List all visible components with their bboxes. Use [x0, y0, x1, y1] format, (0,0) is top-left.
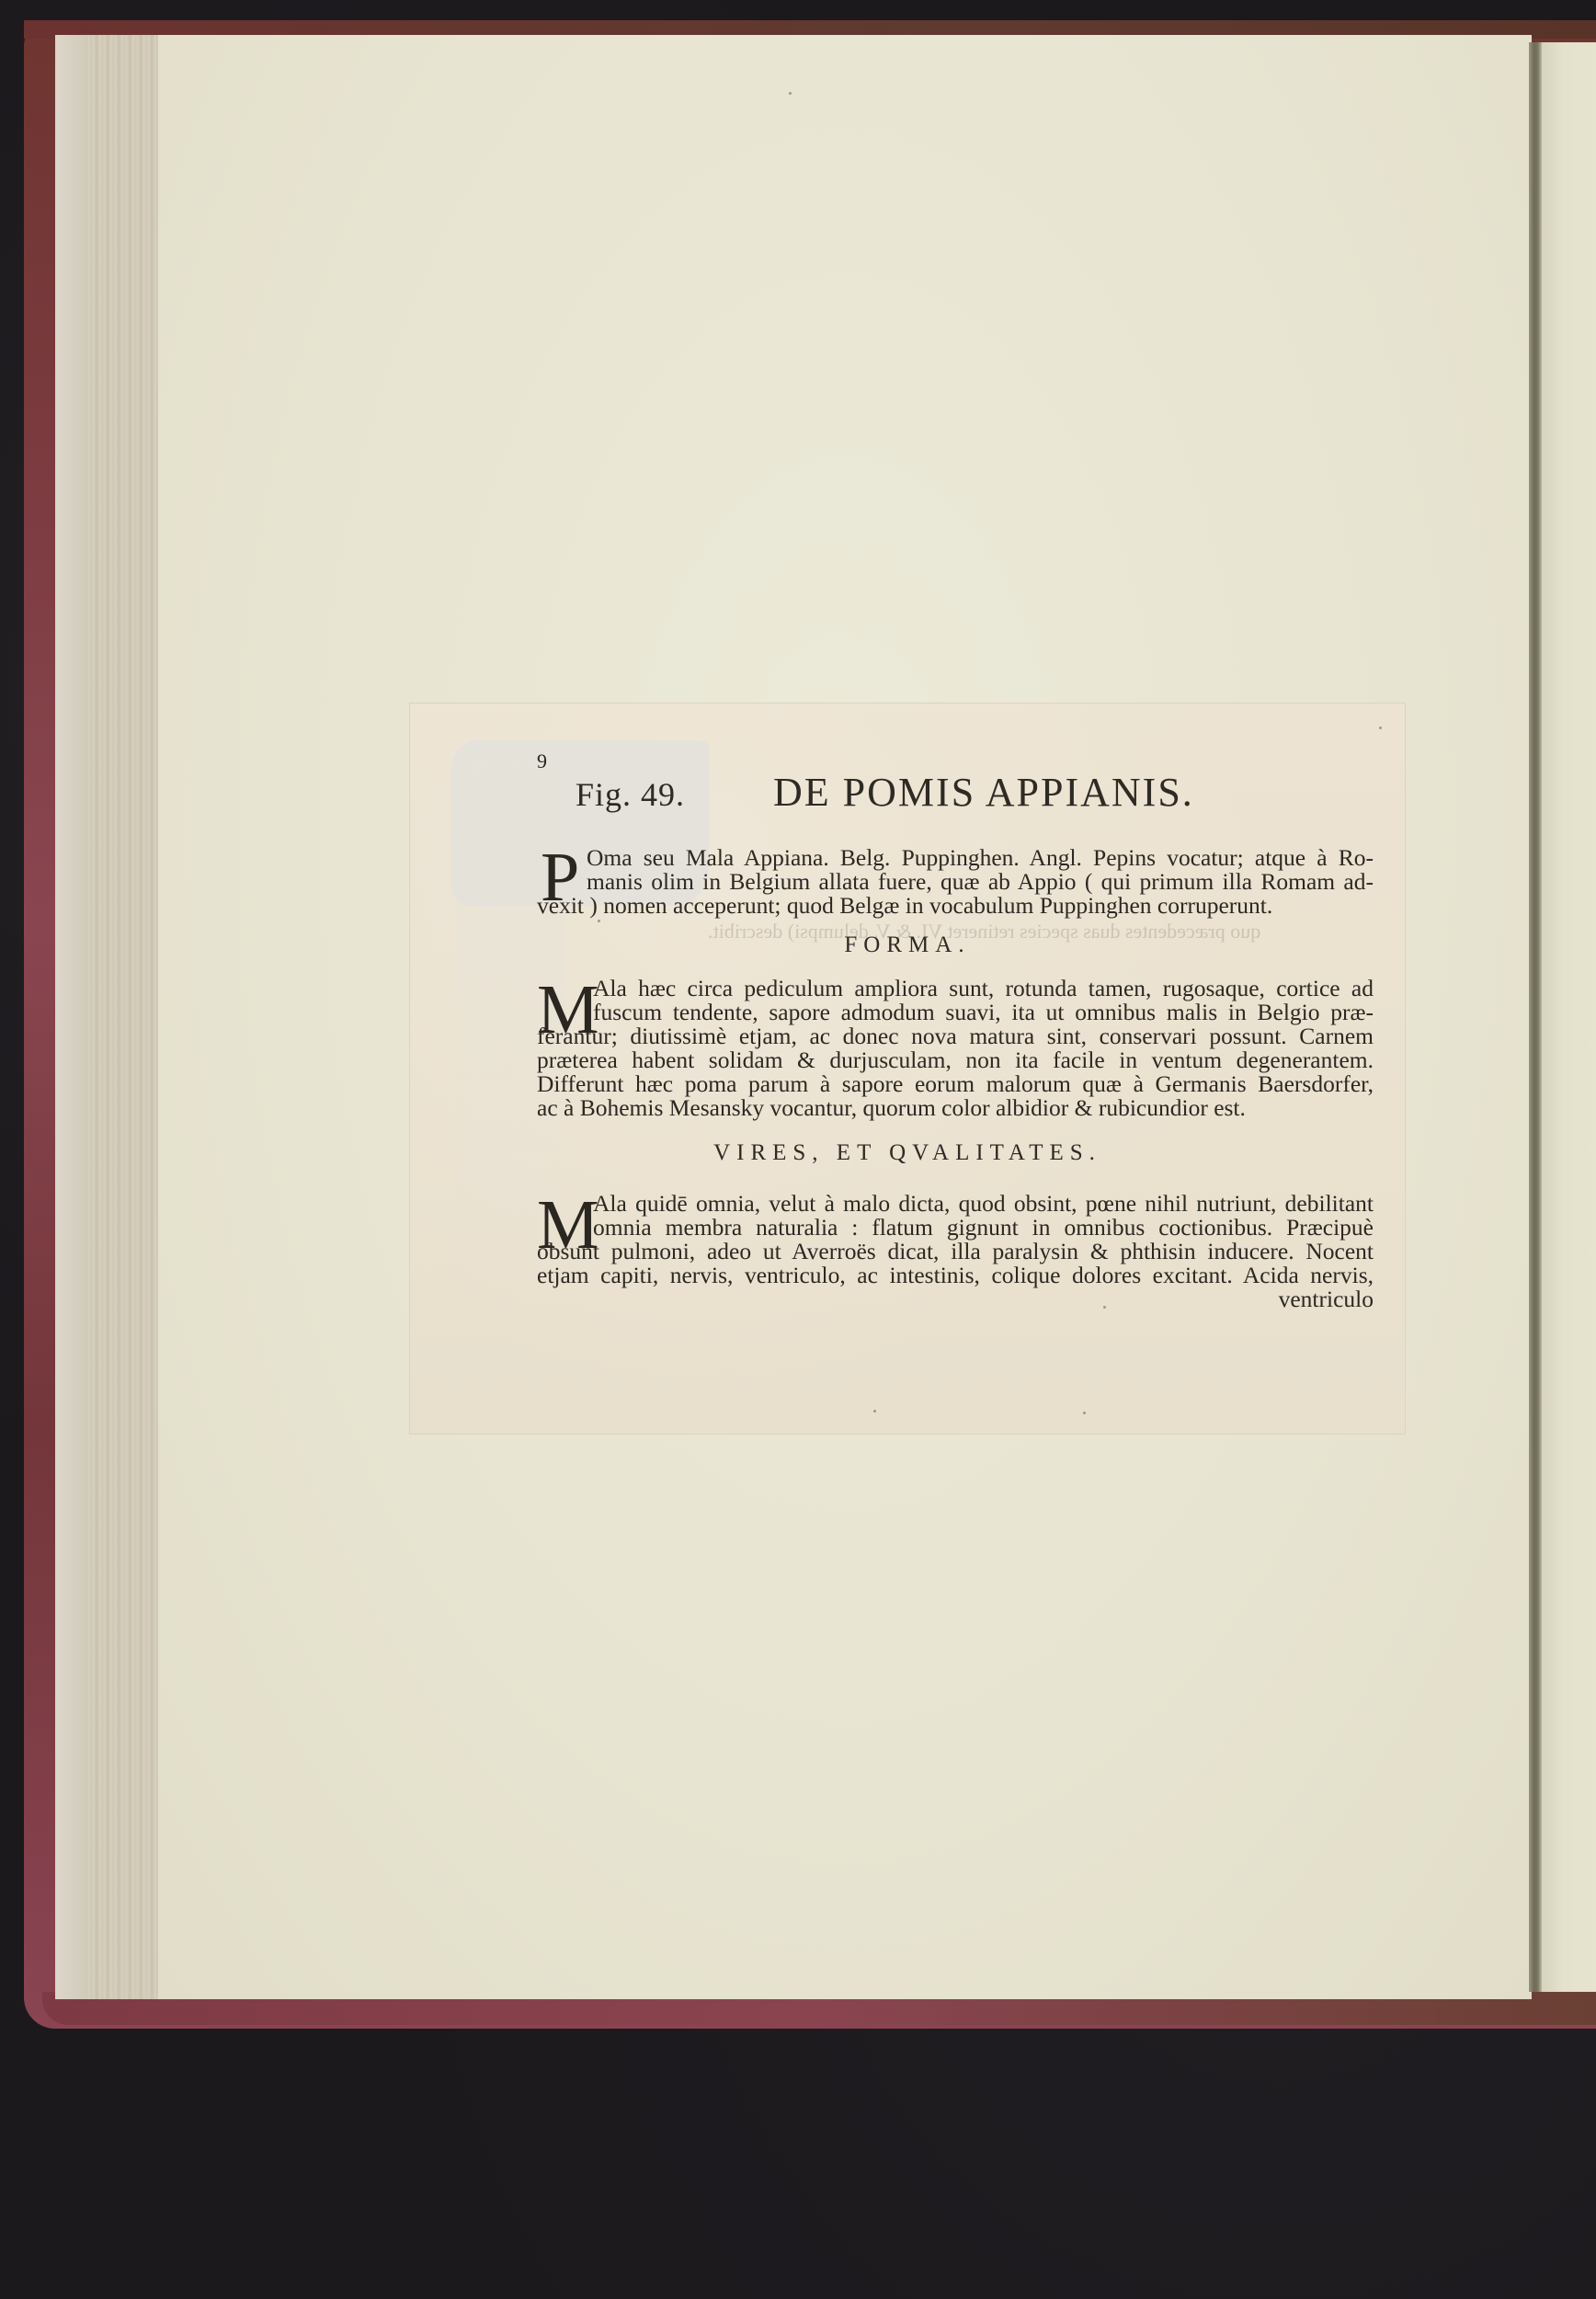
intro-line-3: vexit ) nomen acceperunt; quod Belgæ in …	[537, 894, 1374, 918]
intro-line-1: Oma seu Mala Appiana. Belg. Puppinghen. …	[587, 846, 1374, 870]
figure-label: Fig. 49.	[576, 775, 685, 814]
section-heading-forma: FORMA.	[410, 932, 1405, 958]
page-block-fore-edge	[55, 35, 160, 1999]
catchword: ventriculo	[537, 1287, 1374, 1311]
title-row: Fig. 49. DE POMIS APPIANIS.	[576, 769, 1385, 816]
forma-line-1: Ala hæc circa pediculum ampliora sunt, r…	[593, 977, 1374, 1001]
vires-paragraph-bottom: obsunt pulmoni, adeo ut Averroës dicat, …	[537, 1240, 1374, 1311]
book-gutter	[1529, 42, 1542, 1992]
forma-line-6: ac à Bohemis Mesansky vocantur, quorum c…	[537, 1096, 1374, 1120]
forma-line-2: fuscum tendente, sapore admodum suavi, i…	[593, 1001, 1374, 1024]
vires-paragraph-top: Ala quidē omnia, velut à malo dicta, quo…	[593, 1192, 1374, 1240]
section-heading-vires: VIRES, ET QVALITATES.	[410, 1140, 1405, 1166]
page-block-edge-inner	[55, 35, 88, 1999]
page-title: DE POMIS APPIANIS.	[773, 769, 1194, 816]
page-number: 9	[537, 749, 547, 773]
forma-line-4: præterea habent solidam & durjusculam, n…	[537, 1048, 1374, 1072]
intro-paragraph-top: Oma seu Mala Appiana. Belg. Puppinghen. …	[587, 846, 1374, 894]
forma-line-3: ferantur; diutissimè etjam, ac donec nov…	[537, 1024, 1374, 1048]
forma-line-5: Differunt hæc poma parum à sapore eorum …	[537, 1072, 1374, 1096]
vires-line-2: omnia membra naturalia : flatum gignunt …	[593, 1216, 1374, 1240]
vires-line-4: etjam capiti, nervis, ventriculo, ac int…	[537, 1264, 1374, 1287]
vires-line-1: Ala quidē omnia, velut à malo dicta, quo…	[593, 1192, 1374, 1216]
forma-paragraph-bottom: ferantur; diutissimè etjam, ac donec nov…	[537, 1024, 1374, 1120]
intro-paragraph-bottom: vexit ) nomen acceperunt; quod Belgæ in …	[537, 894, 1374, 918]
facing-page-edge	[1542, 42, 1596, 1992]
vires-line-3: obsunt pulmoni, adeo ut Averroës dicat, …	[537, 1240, 1374, 1264]
forma-paragraph-top: Ala hæc circa pediculum ampliora sunt, r…	[593, 977, 1374, 1024]
intro-line-2: manis olim in Belgium allata fuere, quæ …	[587, 870, 1374, 894]
